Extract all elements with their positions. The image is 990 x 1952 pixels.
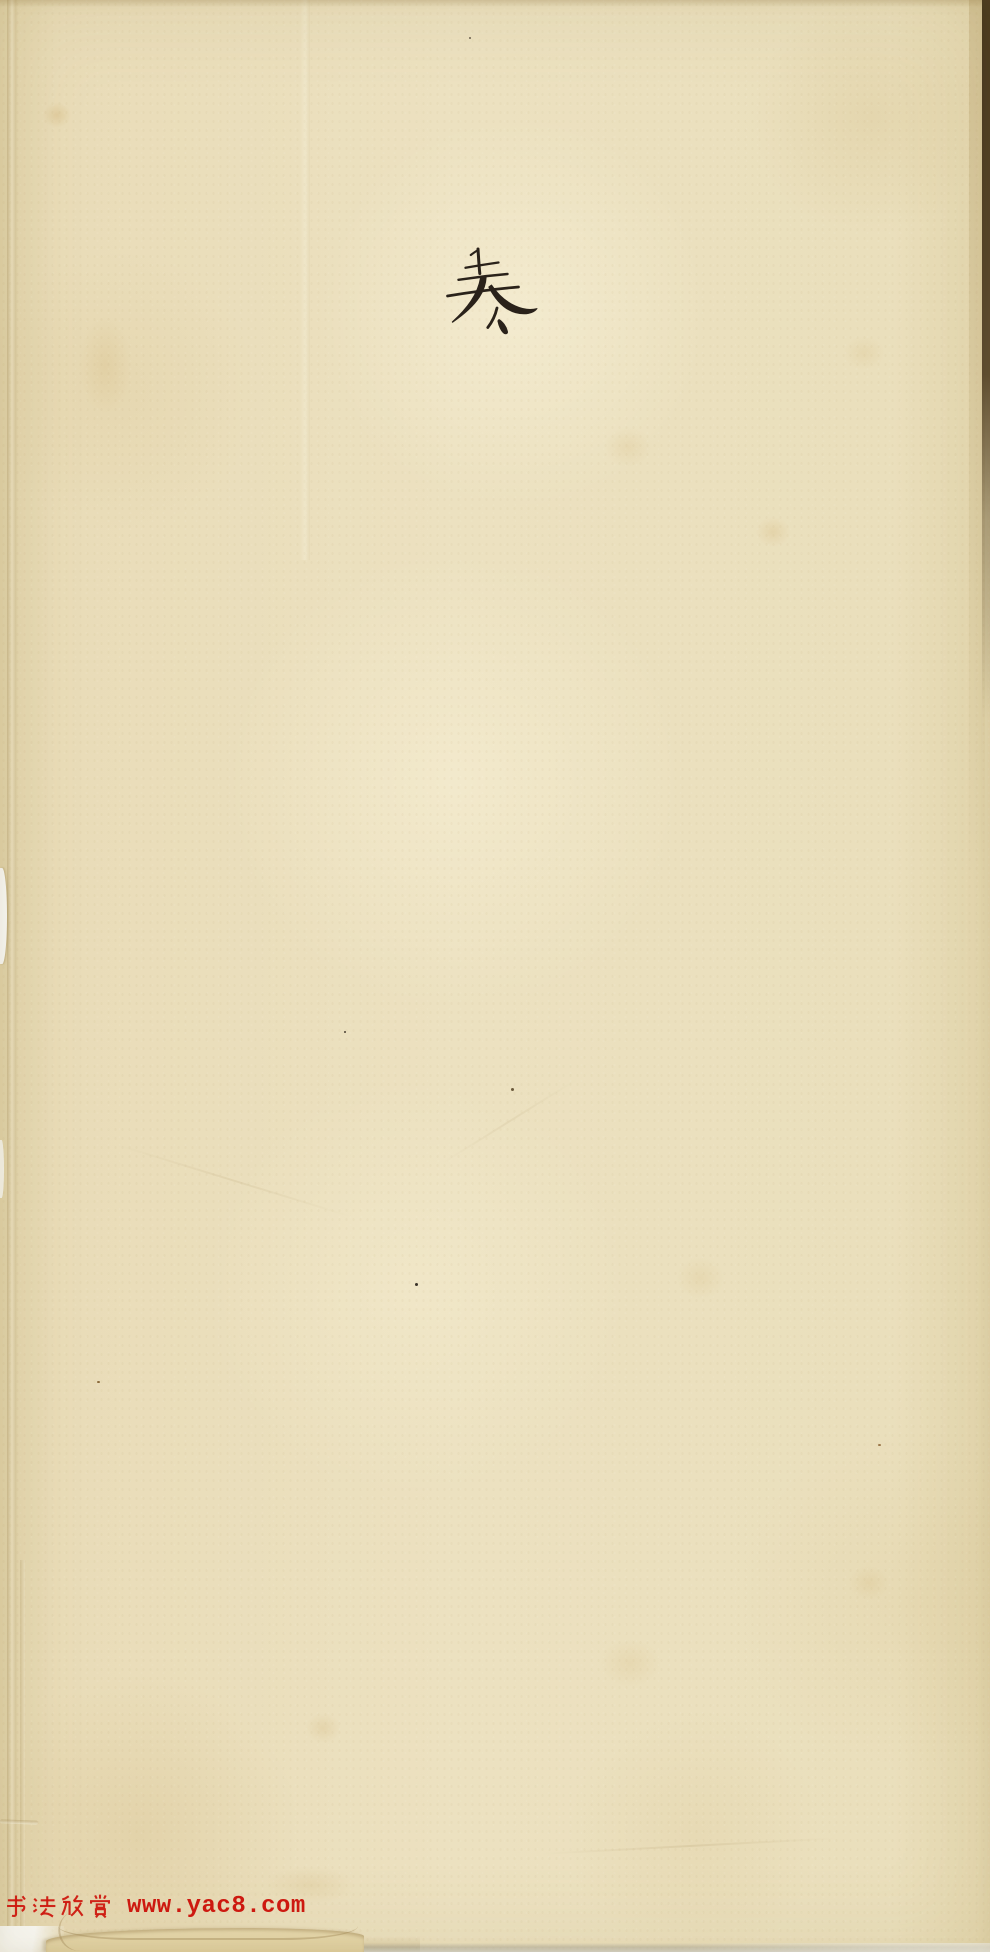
- watermark: 书法欣赏 www.yac8.com: [3, 1889, 306, 1923]
- cjk-glyph-fa-icon: [31, 1893, 57, 1919]
- cjk-glyph-shang-icon: [87, 1893, 113, 1919]
- watermark-url: www.yac8.com: [127, 1893, 306, 1920]
- scanned-page: 奏: [0, 0, 990, 1952]
- cjk-glyph-xin-icon: [59, 1893, 85, 1919]
- calligraphy-character-zou-icon: [435, 240, 550, 345]
- cjk-glyph-shu-icon: [3, 1893, 29, 1919]
